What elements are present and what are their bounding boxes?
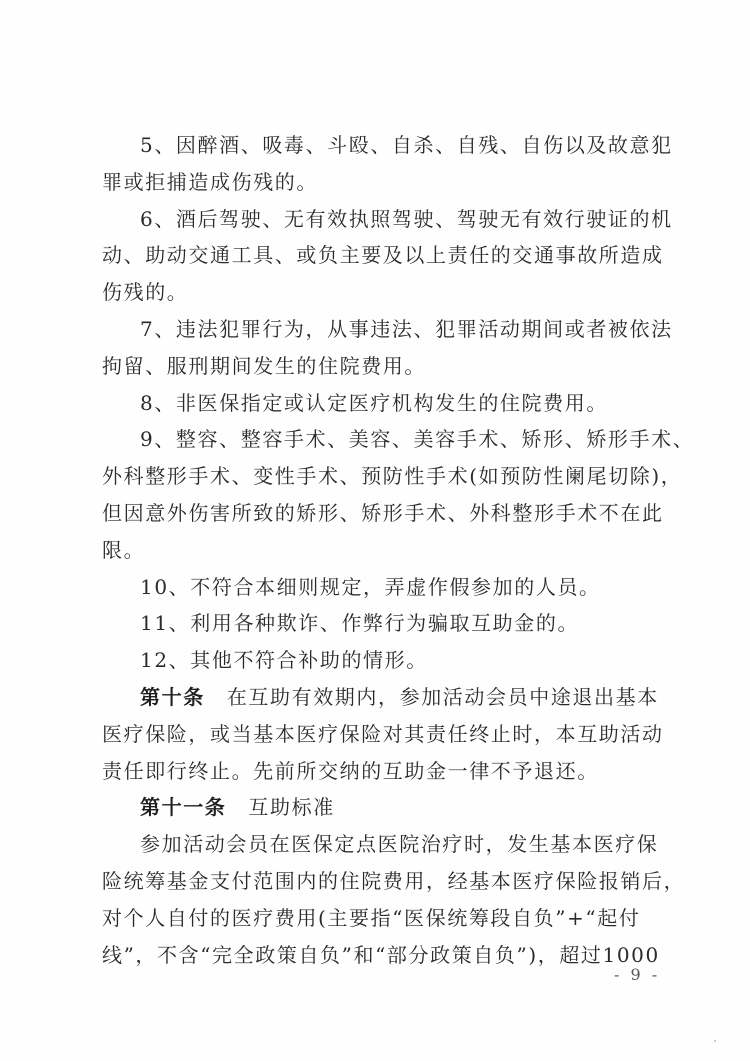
text-line: 限。 bbox=[102, 532, 662, 569]
text-line: 但因意外伤害所致的矫形、矫形手术、外科整形手术不在此 bbox=[102, 495, 662, 532]
exclusion-item-7: 7、违法犯罪行为，从事违法、犯罪活动期间或者被依法 拘留、服刑期间发生的住院费用… bbox=[102, 311, 662, 385]
article-10-text: 在互助有效期内，参加活动会员中途退出基本 bbox=[227, 685, 659, 709]
text-line: 6、酒后驾驶、无有效执照驾驶、驾驶无有效行驶证的机 bbox=[102, 201, 662, 238]
exclusion-item-5: 5、因醉酒、吸毒、斗殴、自杀、自残、自伤以及故意犯 罪或拒捕造成伤残的。 bbox=[102, 127, 662, 201]
exclusion-item-6: 6、酒后驾驶、无有效执照驾驶、驾驶无有效行驶证的机 动、助动交通工具、或负主要及… bbox=[102, 201, 662, 311]
text-line: 医疗保险，或当基本医疗保险对其责任终止时，本互助活动 bbox=[102, 716, 662, 753]
exclusion-item-9: 9、整容、整容手术、美容、美容手术、矫形、矫形手术、 外科整形手术、变性手术、预… bbox=[102, 421, 662, 568]
text-line: 8、非医保指定或认定医疗机构发生的住院费用。 bbox=[102, 385, 662, 422]
text-line: 第十条在互助有效期内，参加活动会员中途退出基本 bbox=[102, 679, 662, 716]
text-line: 10、不符合本细则规定，弄虚作假参加的人员。 bbox=[102, 569, 662, 606]
document-body: 5、因醉酒、吸毒、斗殴、自杀、自残、自伤以及故意犯 罪或拒捕造成伤残的。 6、酒… bbox=[102, 127, 662, 973]
text-line: 险统筹基金支付范围内的住院费用，经基本医疗保险报销后， bbox=[102, 863, 662, 900]
text-line: 伤残的。 bbox=[102, 274, 662, 311]
exclusion-item-12: 12、其他不符合补助的情形。 bbox=[102, 642, 662, 679]
text-line: 9、整容、整容手术、美容、美容手术、矫形、矫形手术、 bbox=[102, 421, 662, 458]
scan-speck bbox=[714, 1040, 716, 1042]
exclusion-item-11: 11、利用各种欺诈、作弊行为骗取互助金的。 bbox=[102, 605, 662, 642]
text-line: 外科整形手术、变性手术、预防性手术(如预防性阑尾切除)， bbox=[102, 458, 662, 495]
article-11-title: 互助标准 bbox=[248, 795, 334, 819]
article-10-heading: 第十条 bbox=[140, 685, 205, 709]
document-page: 5、因醉酒、吸毒、斗殴、自杀、自残、自伤以及故意犯 罪或拒捕造成伤残的。 6、酒… bbox=[0, 0, 750, 1061]
text-line: 动、助动交通工具、或负主要及以上责任的交通事故所造成 bbox=[102, 237, 662, 274]
page-number: - 9 - bbox=[614, 965, 660, 984]
text-line: 参加活动会员在医保定点医院治疗时，发生基本医疗保 bbox=[102, 826, 662, 863]
text-line: 对个人自付的医疗费用(主要指“医保统筹段自负”+“起付 bbox=[102, 900, 662, 937]
article-11-title-line: 第十一条互助标准 bbox=[102, 789, 662, 826]
article-10: 第十条在互助有效期内，参加活动会员中途退出基本 医疗保险，或当基本医疗保险对其责… bbox=[102, 679, 662, 789]
text-line: 11、利用各种欺诈、作弊行为骗取互助金的。 bbox=[102, 605, 662, 642]
text-line: 罪或拒捕造成伤残的。 bbox=[102, 164, 662, 201]
text-line: 7、违法犯罪行为，从事违法、犯罪活动期间或者被依法 bbox=[102, 311, 662, 348]
exclusion-item-10: 10、不符合本细则规定，弄虚作假参加的人员。 bbox=[102, 569, 662, 606]
article-11-heading: 第十一条 bbox=[140, 795, 226, 819]
text-line: 线”，不含“完全政策自负”和“部分政策自负”)，超过1000 bbox=[102, 937, 662, 974]
article-11: 第十一条互助标准 参加活动会员在医保定点医院治疗时，发生基本医疗保 险统筹基金支… bbox=[102, 789, 662, 973]
text-line: 责任即行终止。先前所交纳的互助金一律不予退还。 bbox=[102, 753, 662, 790]
text-line: 5、因醉酒、吸毒、斗殴、自杀、自残、自伤以及故意犯 bbox=[102, 127, 662, 164]
text-line: 拘留、服刑期间发生的住院费用。 bbox=[102, 348, 662, 385]
text-line: 12、其他不符合补助的情形。 bbox=[102, 642, 662, 679]
exclusion-item-8: 8、非医保指定或认定医疗机构发生的住院费用。 bbox=[102, 385, 662, 422]
